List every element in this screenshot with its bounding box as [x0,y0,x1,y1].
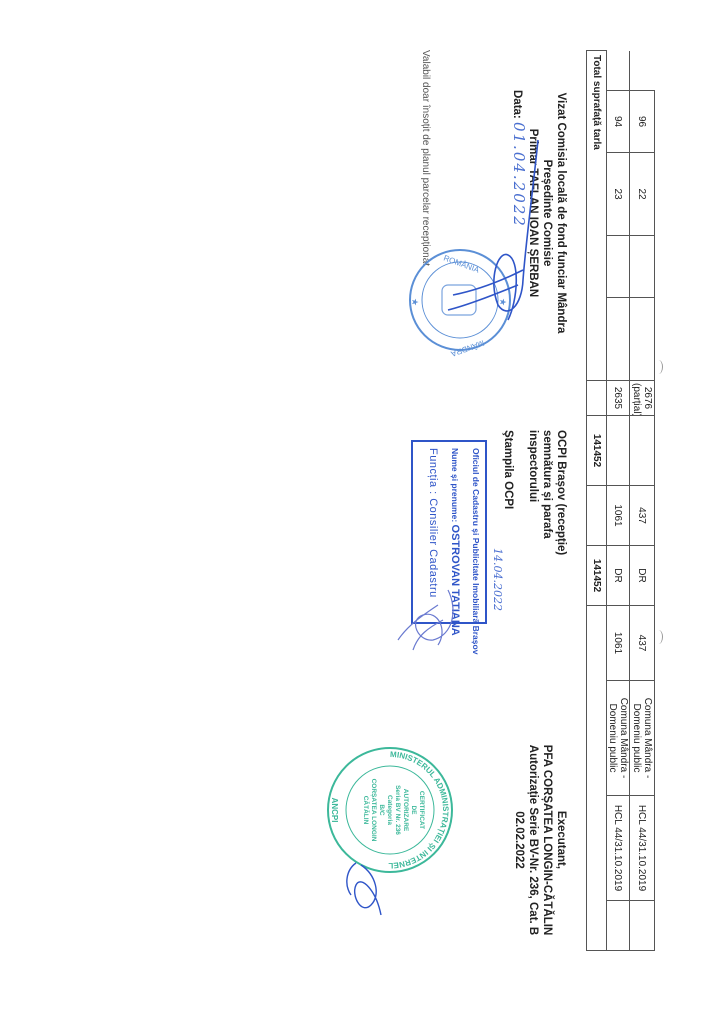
ancpi-stamp-icon: MINISTERUL ADMINISTRAȚIEI ȘI INTERNELOR … [328,745,456,872]
cell-nr: 94 [607,91,630,153]
document-page: 96 22 2676 (parțial) 437 DR 437 Comuna M… [0,0,718,1024]
ocpi-office-name: Oficiul de Cadastru și Publicitate Imobi… [471,448,481,654]
cell-nr: 96 [630,91,655,153]
cell-parcela: 23 [607,153,630,236]
cell-parcela: 22 [630,153,655,236]
ocpi-subtitle: semnătura și parafa inspectorului [526,430,554,590]
inspector-signature [388,580,468,660]
svg-text:CERTIFICATDEAUTORIZARESeria BV: CERTIFICATDEAUTORIZARESeria BV Nr. 236Ca… [362,779,425,842]
cell-suprafata-masurata: 1061 [607,606,630,681]
svg-text:ANCPI: ANCPI [330,798,339,823]
cell-proprietar: Comuna Mândra - Domeniu public [607,681,630,796]
scan-mark [654,630,663,644]
total-value-2: 141452 [587,546,607,606]
cell-act: HCL 44/31.10.2019 [607,796,630,901]
cell-act: HCL 44/31.10.2019 [630,796,655,901]
parcel-table: 96 22 2676 (parțial) 437 DR 437 Comuna M… [586,50,655,951]
table-row: 96 22 2676 (parțial) 437 DR 437 Comuna M… [630,51,655,951]
svg-text:★: ★ [498,298,508,306]
scan-mark [654,360,663,374]
executant-name: PFA CORȘATEA LONGIN-CĂTĂLIN [540,740,554,940]
ocpi-block: OCPI Brașov (recepție) semnătura și para… [526,430,568,590]
executant-block: Executant, PFA CORȘATEA LONGIN-CĂTĂLIN A… [512,740,568,940]
cell-categorie: DR [630,546,655,606]
vizat-date-label: Data: [511,90,523,119]
total-label: Total suprafață tarla [587,51,607,381]
cell-suprafata: 1061 [607,486,630,546]
cell-categorie: DR [607,546,630,606]
svg-text:MÂNDRA: MÂNDRA [449,338,485,359]
cell-proprietar: Comuna Mândra - Domeniu public [630,681,655,796]
executant-label: Executant, [554,740,568,940]
mandra-stamp-icon: MÂNDRA ROMÂNIA ★ ★ [410,250,510,359]
mandra-stamp-signature: MÂNDRA ROMÂNIA ★ ★ [398,130,568,370]
svg-text:★: ★ [410,298,420,306]
ocpi-date-handwritten: 14.04.2022 [491,548,504,611]
mayor-signature [448,140,538,320]
table-row: 94 23 2635 1061 DR 1061 Comuna Mândra - … [607,51,630,951]
cell-cf: 2676 (parțial) [630,381,655,416]
total-row: Total suprafață tarla 141452 141452 [587,51,607,951]
cell-suprafata: 437 [630,486,655,546]
ancpi-stamp-signature: MINISTERUL ADMINISTRAȚIEI ȘI INTERNELOR … [321,745,456,935]
ocpi-title: OCPI Brașov (recepție) [554,430,568,590]
cell-suprafata-masurata: 437 [630,606,655,681]
cell-cf: 2635 [607,381,630,416]
ocpi-stamp-label: Ştampila OCPI [501,430,515,509]
executant-date: 02.02.2022 [512,740,526,940]
ocpi-inspector-function: Funcția : Consilier Cadastru [427,448,439,598]
executant-authorization: Autorizație Serie BV-Nr. 236, Cat. B [526,740,540,940]
total-value-1: 141452 [587,416,607,486]
